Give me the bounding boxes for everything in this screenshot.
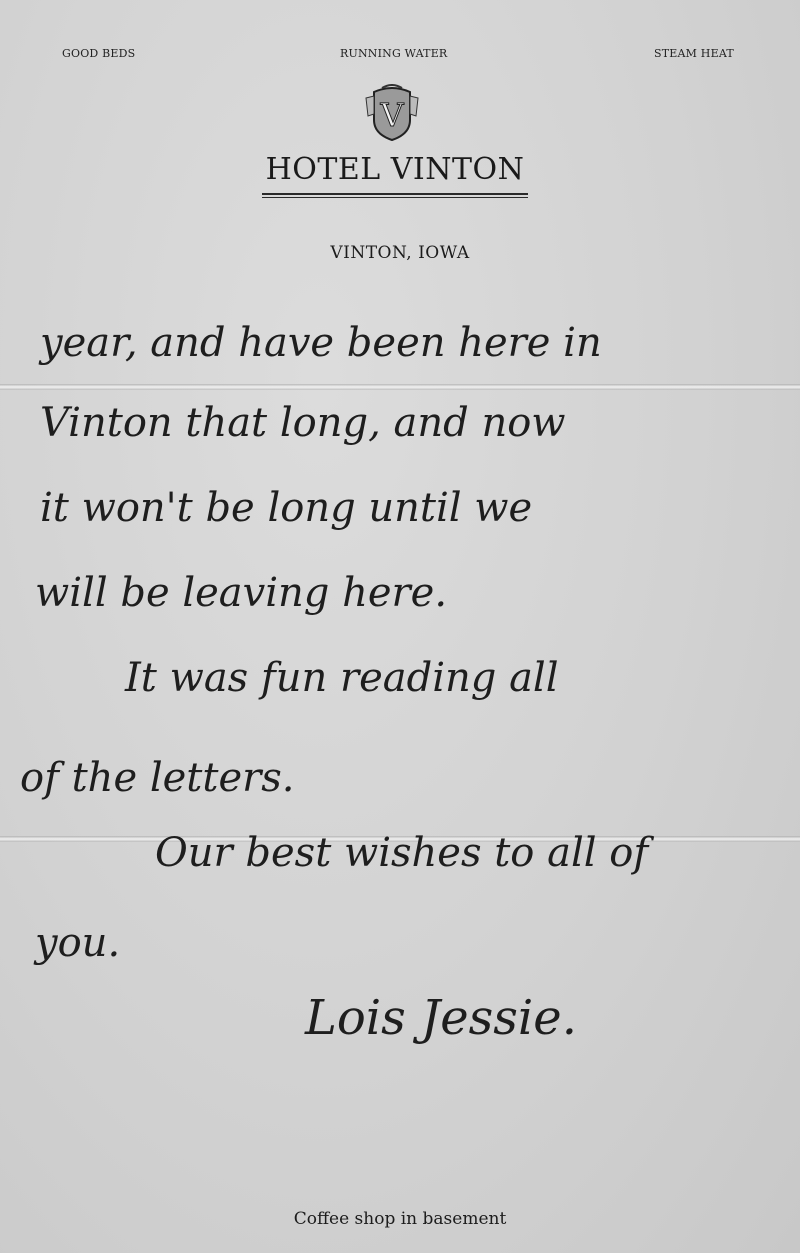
crest-letter: V <box>379 96 404 134</box>
letter-line: Our best wishes to all of <box>155 830 648 876</box>
letter-line: will be leaving here. <box>35 570 447 616</box>
amenity-steam-heat: STEAM HEAT <box>654 47 734 60</box>
amenity-good-beds: GOOD BEDS <box>62 47 135 60</box>
hotel-location: VINTON, IOWA <box>300 243 500 263</box>
title-rule-thin <box>262 197 528 198</box>
footer-text: Coffee shop in basement <box>200 1209 600 1229</box>
fold-crease-top <box>0 384 800 390</box>
signature: Lois Jessie. <box>305 990 577 1046</box>
letter-line: of the letters. <box>20 755 294 801</box>
hotel-name: HOTEL VINTON <box>262 152 528 187</box>
amenity-running-water: RUNNING WATER <box>340 47 447 60</box>
title-rule <box>262 193 528 195</box>
letter-line: It was fun reading all <box>125 655 559 701</box>
letter-line: you. <box>35 920 120 966</box>
letter-line: year, and have been here in <box>40 320 602 366</box>
hotel-crest-v-icon: V <box>362 84 422 142</box>
letter-line: Vinton that long, and now <box>40 400 566 446</box>
letter-line: it won't be long until we <box>40 485 532 531</box>
